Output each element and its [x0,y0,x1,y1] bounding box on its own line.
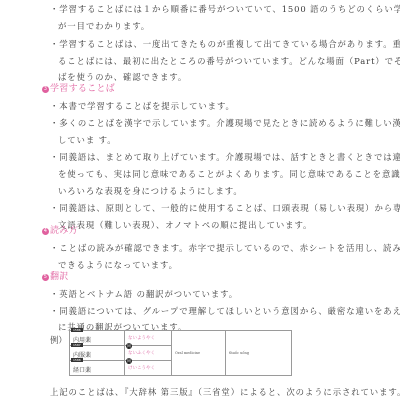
section-4-heading: 4 読み方 [42,226,78,237]
word-number-badge: 1587 [71,343,83,347]
circled-number-icon: 5 [42,274,49,281]
section-5-title: 翻訳 [50,272,69,283]
s5-bullet-1: ・英語とベトナム語 の翻訳がついています。 [50,289,238,299]
intro-bullet-2-line-1: ・学習することばは、一度出てきたものが重複して出てきている場合があります。重複し… [50,39,400,49]
section-3-title: 学習することば [50,84,115,95]
s5-bullet-2-line-1: ・同義語については、グループで理解してほしいという意図から、厳密な違いをあえて書… [50,306,400,316]
synonym-icon: 同 [126,343,132,349]
word: 経口薬 [73,365,121,374]
vietnamese-translation: thuốc uống [226,331,292,376]
document-page: ・学習することばには１から順番に番号がついていて、1500 語のうちどのくらい学… [0,0,400,400]
reading-cell: ないふくやく [125,346,172,361]
reading-cell: ないようやく [125,331,172,346]
s3-bullet-2-line-1: ・多くのことばを漢字で示しています。介護現場で見たときに読めるように難しい漢字も… [50,118,400,128]
section-5-heading: 5 翻訳 [42,272,69,283]
s3-bullet-2-line-2: していま す。 [58,135,117,145]
reading-cell: けいこうやく [125,361,172,376]
s3-bullet-4-line-1: ・同義語は、原則として、一般的に使用することば、口頭表現（易しい表現）から専門用… [50,203,400,213]
s4-bullet-1-line-1: ・ことばの読みが確認できます。赤字で提示しているので、赤シートを活用し、読みの確… [50,243,400,253]
english-translation: Oral medicine [172,331,226,376]
s3-bullet-1: ・本書で学習することばを提示しています。 [50,101,235,111]
intro-bullet-1-line-1: ・学習することばには１から順番に番号がついていて、1500 語のうちどのくらい学… [50,4,400,14]
circled-number-icon: 4 [42,228,49,235]
intro-bullet-2-line-3: ばを使うのか、確認できます。 [58,72,187,82]
example-label: 例） [50,334,67,346]
s3-bullet-4-line-2: 文語表現（難しい表現）、オノマトペの順に提出しています。 [58,220,312,230]
synonym-icon: 同 [126,358,132,364]
circled-number-icon: 3 [42,86,49,93]
s3-bullet-3-line-2: を使っても、実は同じ意味であることがよくあります。同じ意味であることを意識しなが… [58,169,400,179]
word-cell: 1588 経口薬 [70,361,125,376]
word-number-badge: 1586 [71,328,83,332]
example-table: 1586 内用薬 同 ないようやく Oral medicine thuốc uố… [69,330,292,376]
table-row: 1586 内用薬 同 ないようやく Oral medicine thuốc uố… [70,331,292,346]
intro-bullet-2-line-2: ることばには、最初に出たところの番号がついています。どんな場面（Part）でその… [58,56,400,66]
s3-bullet-3-line-1: ・同義語は、まとめて取り上げています。介護現場では、話すときと書くときでは違うこ… [50,152,400,162]
section-4-title: 読み方 [50,226,78,237]
s4-bullet-1-line-2: できるようになっています。 [58,260,178,270]
footer-line: 上記のことばは、『大辞林 第三版』（三省堂）によると、次のように示されています。 [50,387,400,397]
intro-bullet-1-line-2: が一目でわかります。 [58,21,150,31]
s3-bullet-3-line-3: いろいろな表現を身につけるようにします。 [58,186,243,196]
word-number-badge: 1588 [71,358,83,362]
section-3-heading: 3 学習することば [42,84,115,95]
